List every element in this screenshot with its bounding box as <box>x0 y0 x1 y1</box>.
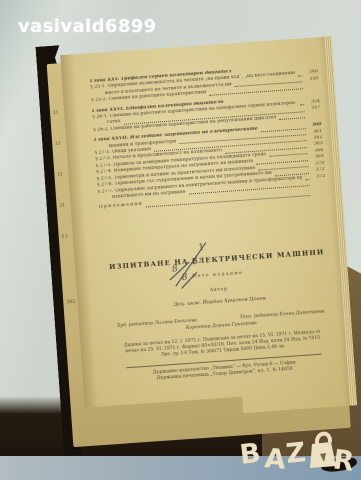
photo-of-book-page: 21 21 21 21 § 2 382 Глава XXV. Трифазен … <box>0 0 361 480</box>
book: 21 21 21 21 § 2 382 Глава XXV. Трифазен … <box>36 34 361 448</box>
svg-text:A: A <box>263 443 287 476</box>
page-content: Глава XXV. Трифазен сериен колекторен дв… <box>90 59 339 385</box>
table-of-contents: Глава XXV. Трифазен сериен колекторен дв… <box>90 63 327 211</box>
svg-text:8: 8 <box>171 264 179 275</box>
svg-text:Z: Z <box>284 437 307 470</box>
shopping-bag-icon <box>310 434 336 468</box>
seller-username-watermark: vasivald6899 <box>18 16 157 37</box>
handwritten-pen-mark: 8 8 6 1 <box>166 234 218 292</box>
svg-text:6: 6 <box>191 256 199 267</box>
colophon-page: Глава XXV. Трифазен сериен колекторен дв… <box>60 36 357 424</box>
bazar-marketplace-logo: B A Z R <box>240 424 358 478</box>
svg-text:8: 8 <box>181 272 188 283</box>
svg-text:B: B <box>240 438 262 471</box>
